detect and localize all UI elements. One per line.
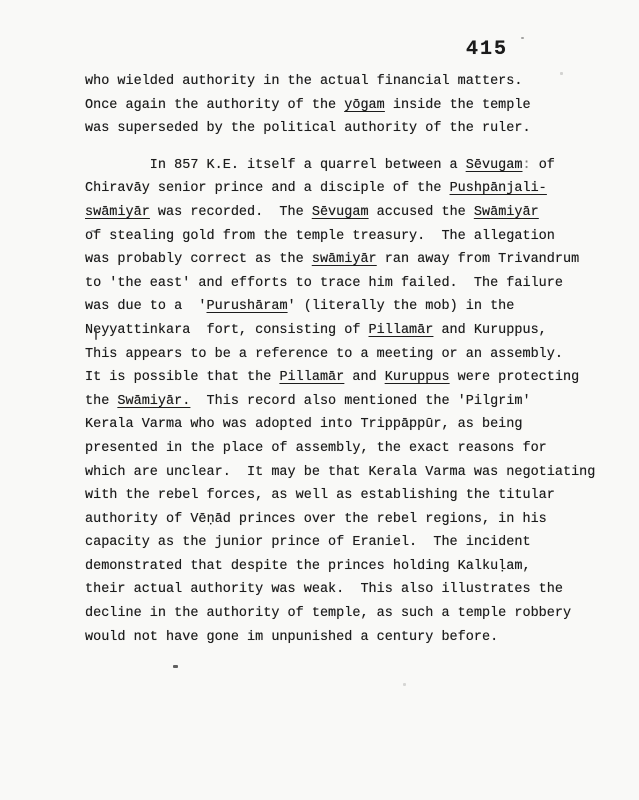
- text-segment: presented in the place of assembly, the …: [85, 441, 547, 456]
- text-line: Neyyattinkara fort, consisting of Pillam…: [85, 319, 595, 343]
- text-line: Kerala Varma who was adopted into Trippā…: [85, 413, 595, 437]
- underlined-term: swāmiyār: [85, 205, 150, 220]
- text-line: who wielded authority in the actual fina…: [85, 70, 595, 94]
- scan-artifact: [521, 37, 524, 39]
- text-line: decline in the authority of temple, as s…: [85, 602, 595, 626]
- text-segment: to 'the east' and efforts to trace him f…: [85, 276, 563, 291]
- underlined-term: Kuruppus: [385, 370, 450, 385]
- text-segment: was probably correct as the: [85, 252, 312, 267]
- underlined-term: Sēvugam: [466, 158, 523, 173]
- text-segment: Kerala Varma who was adopted into Trippā…: [85, 417, 522, 432]
- text-segment: In 857 K.E. itself a quarrel between a: [85, 158, 466, 173]
- scan-artifact: [91, 230, 97, 232]
- scan-artifact: [560, 72, 563, 75]
- text-segment: of: [531, 158, 555, 173]
- text-segment: It is possible that the: [85, 370, 279, 385]
- text-segment: capacity as the junior prince of Eraniel…: [85, 535, 531, 550]
- underlined-term: Swāmiyār.: [117, 394, 190, 409]
- text-segment: was recorded. The: [150, 205, 312, 220]
- text-line: of stealing gold from the temple treasur…: [85, 225, 595, 249]
- text-line: It is possible that the Pillamār and Kur…: [85, 366, 595, 390]
- text-segment: and: [344, 370, 385, 385]
- text-line: authority of Vēṇād princes over the rebe…: [85, 508, 595, 532]
- text-segment: accused the: [369, 205, 474, 220]
- text-line: their actual authority was weak. This al…: [85, 578, 595, 602]
- scan-artifact: [95, 330, 97, 340]
- text-line: capacity as the junior prince of Eraniel…: [85, 531, 595, 555]
- underlined-term: Pillamār: [279, 370, 344, 385]
- text-segment: Once again the authority of the: [85, 98, 344, 113]
- scan-artifact: [173, 665, 178, 668]
- text-segment: was due to a ': [85, 299, 207, 314]
- text-line: with the rebel forces, as well as establ…: [85, 484, 595, 508]
- text-segment: with the rebel forces, as well as establ…: [85, 488, 555, 503]
- underlined-term: Sēvugam: [312, 205, 369, 220]
- text-line: presented in the place of assembly, the …: [85, 437, 595, 461]
- text-line: which are unclear. It may be that Kerala…: [85, 461, 595, 485]
- text-line: In 857 K.E. itself a quarrel between a S…: [85, 154, 595, 178]
- text-segment: who wielded authority in the actual fina…: [85, 74, 522, 89]
- text-line: was probably correct as the swāmiyār ran…: [85, 248, 595, 272]
- text-segment: authority of Vēṇād princes over the rebe…: [85, 512, 547, 527]
- text-segment: Neyyattinkara fort, consisting of: [85, 323, 369, 338]
- text-line: demonstrated that despite the princes ho…: [85, 555, 595, 579]
- text-segment: of stealing gold from the temple treasur…: [85, 229, 555, 244]
- text-segment: ran away from Trivandrum: [377, 252, 580, 267]
- text-segment: demonstrated that despite the princes ho…: [85, 559, 531, 574]
- text-segment: inside the temple: [385, 98, 531, 113]
- page-number: 415: [466, 38, 508, 61]
- text-line: to 'the east' and efforts to trace him f…: [85, 272, 595, 296]
- scan-artifact: [403, 683, 406, 686]
- underlined-term: Swāmiyār: [474, 205, 539, 220]
- underlined-term: Pillamār: [369, 323, 434, 338]
- text-segment: would not have gone im unpunished a cent…: [85, 630, 498, 645]
- scanned-document-page: 415 who wielded authority in the actual …: [0, 0, 639, 800]
- text-segment: were protecting: [450, 370, 580, 385]
- text-line: Chiravāy senior prince and a disciple of…: [85, 177, 595, 201]
- text-segment: Chiravāy senior prince and a disciple of…: [85, 181, 450, 196]
- text-line: would not have gone im unpunished a cent…: [85, 626, 595, 650]
- text-line: the Swāmiyār. This record also mentioned…: [85, 390, 595, 414]
- text-segment: which are unclear. It may be that Kerala…: [85, 465, 595, 480]
- text-segment: and Kuruppus,: [433, 323, 546, 338]
- text-segment: was superseded by the political authorit…: [85, 121, 531, 136]
- text-segment: This appears to be a reference to a meet…: [85, 347, 563, 362]
- text-block: who wielded authority in the actual fina…: [85, 70, 595, 649]
- text-line: was superseded by the political authorit…: [85, 117, 595, 141]
- text-line: Once again the authority of the yōgam in…: [85, 94, 595, 118]
- underlined-term: Pushpānjali-: [450, 181, 547, 196]
- text-line: swāmiyār was recorded. The Sēvugam accus…: [85, 201, 595, 225]
- text-segment: the: [85, 394, 117, 409]
- text-segment: This record also mentioned the 'Pilgrim': [190, 394, 530, 409]
- underlined-term: swāmiyār: [312, 252, 377, 267]
- text-segment: :: [522, 158, 530, 173]
- text-line: This appears to be a reference to a meet…: [85, 343, 595, 367]
- underlined-term: Purushāram: [207, 299, 288, 314]
- text-line: was due to a 'Purushāram' (literally the…: [85, 295, 595, 319]
- text-segment: their actual authority was weak. This al…: [85, 582, 563, 597]
- text-segment: ' (literally the mob) in the: [288, 299, 515, 314]
- text-segment: decline in the authority of temple, as s…: [85, 606, 571, 621]
- underlined-term: yōgam: [344, 98, 385, 113]
